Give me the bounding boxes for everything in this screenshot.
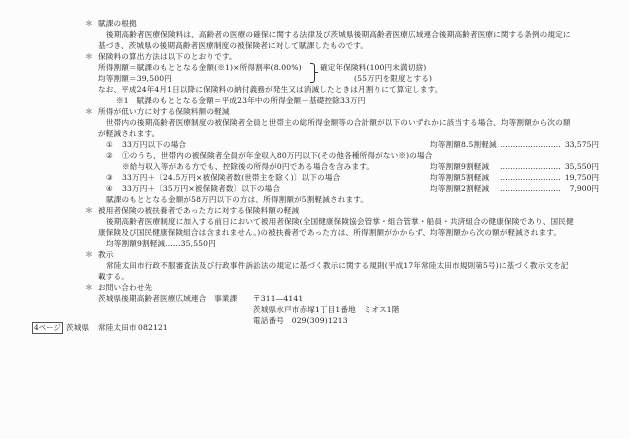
footer-prefecture: 茨城県 bbox=[66, 322, 89, 333]
section-heading-basis: 賦課の根拠 bbox=[98, 18, 137, 29]
instruction-body-line-2: 載する。 bbox=[98, 271, 129, 282]
reduction-item-amount: 7,900円 bbox=[539, 183, 599, 194]
basis-body-line-1: 後期高齢者医療保険料は、高齢者の医療の確保に関する法律及び茨城県後期高齢者医療広… bbox=[106, 29, 571, 40]
reduction-item-marker: ③ bbox=[106, 172, 113, 183]
instruction-body-line-1: 常陸太田市行政不服審査法及び行政事件訴訟法の規定に基づく教示に関する規則(平成1… bbox=[106, 260, 569, 271]
reduction-item-note: ※給与収入等がある方でも、控除後の所得が0円である場合を含みます。 bbox=[122, 161, 374, 172]
brace-note-limit: (55万円を限度とする) bbox=[354, 73, 432, 84]
reduction-item-type: 均等割額5割軽減 bbox=[430, 172, 489, 183]
section-heading-calculation: 保険料の算出方法は以下のとおりです。 bbox=[98, 51, 237, 62]
section-heading-contact: お問い合わせ先 bbox=[98, 282, 152, 293]
reduction-item-type: 均等割額9割軽減 bbox=[430, 161, 489, 172]
low-income-body-line-2: が軽減されます。 bbox=[98, 128, 159, 139]
bullet-asterisk: ＊ bbox=[85, 282, 93, 293]
section-heading-low-income: 所得が低い方に対する保険料額の軽減 bbox=[98, 106, 230, 117]
bullet-asterisk: ＊ bbox=[85, 249, 93, 260]
flat-rate-formula: 均等割額＝39,500円 bbox=[98, 73, 172, 84]
right-brace bbox=[310, 63, 315, 83]
basis-body-line-2: 基づき、茨城県の後期高齢者医療制度の被保険者に対して賦課したものです。 bbox=[98, 40, 368, 51]
income-rate-reduction-note: 賦課のもととなる金額が58万円以下の方は、所得割額が5割軽減されます。 bbox=[106, 194, 368, 205]
reduction-item-condition: ①のうち、世帯内の被保険者全員が年金収入80万円以下(その他各種所得がない※)の… bbox=[122, 150, 432, 161]
section-heading-dependents: 被用者保険の被扶養者であった方に対する保険料額の軽減 bbox=[98, 205, 299, 216]
reduction-item-amount: 35,550円 bbox=[539, 161, 599, 172]
reduction-item-type: 均等割額8.5割軽減 bbox=[430, 139, 497, 150]
reduction-item-type: 均等割額2割軽減 bbox=[430, 183, 489, 194]
reduction-item-marker: ② bbox=[106, 150, 113, 161]
section-heading-instruction: 教示 bbox=[98, 249, 114, 260]
reduction-item-amount: 19,750円 bbox=[539, 172, 599, 183]
reduction-item-condition: 33万円以下の場合 bbox=[122, 139, 186, 150]
document-page: ＊ 賦課の根拠 後期高齢者医療保険料は、高齢者の医療の確保に関する法律及び茨城県… bbox=[0, 0, 630, 439]
dependents-reduction-line: 均等割額9割軽減……35,550円 bbox=[106, 238, 216, 249]
footer-code: 082121 bbox=[138, 322, 168, 333]
contact-organization: 茨城県後期高齢者医療広域連合 事業課 bbox=[98, 293, 237, 304]
reduction-item-condition: 33万円＋〔35万円×被保険者数〕以下の場合 bbox=[122, 183, 280, 194]
contact-address: 茨城県水戸市赤塚1丁目1番地 ミオス1階 bbox=[253, 304, 400, 315]
bullet-asterisk: ＊ bbox=[85, 18, 93, 29]
reduction-item-amount: 33,575円 bbox=[539, 139, 599, 150]
reduction-item-condition: 33万円＋〔24.5万円×被保険者数(世帯主を除く)〕以下の場合 bbox=[122, 172, 340, 183]
reduction-item-marker: ④ bbox=[106, 183, 113, 194]
bullet-asterisk: ＊ bbox=[85, 205, 93, 216]
bullet-asterisk: ＊ bbox=[85, 51, 93, 62]
dependents-body-line-2: 康保険及び国民健康保険組合は含まれません。)の被扶養者であった方は、所得割額がか… bbox=[98, 227, 561, 238]
income-rate-formula: 所得割額＝賦課のもととなる金額(※1)×所得割率(8.00%) bbox=[98, 62, 302, 73]
footnote-1: ※1 賦課のもととなる金額＝平成23年中の所得金額－基礎控除33万円 bbox=[116, 95, 365, 106]
contact-phone: 電話番号 029(309)1213 bbox=[253, 315, 348, 326]
footer-city: 常陸太田市 bbox=[98, 322, 137, 333]
brace-note-annual-premium: 確定年保険料(100円未満切捨) bbox=[320, 62, 426, 73]
page-number-badge: 4ページ bbox=[32, 322, 63, 334]
monthly-calculation-note: なお、平成24年4月1日以降に保険料の納付義務が発生又は消滅したときは月割りにて… bbox=[98, 84, 443, 95]
bullet-asterisk: ＊ bbox=[85, 106, 93, 117]
contact-postal-code: 〒311―4141 bbox=[253, 293, 303, 304]
low-income-body-line-1: 世帯内の後期高齢者医療制度の被保険者全員と世帯主の総所得金額等の合計額が以下のい… bbox=[106, 117, 571, 128]
dependents-body-line-1: 後期高齢者医療制度に加入する前日において被用者保険(全国健康保険協会管掌・組合管… bbox=[106, 216, 574, 227]
reduction-item-marker: ① bbox=[106, 139, 113, 150]
